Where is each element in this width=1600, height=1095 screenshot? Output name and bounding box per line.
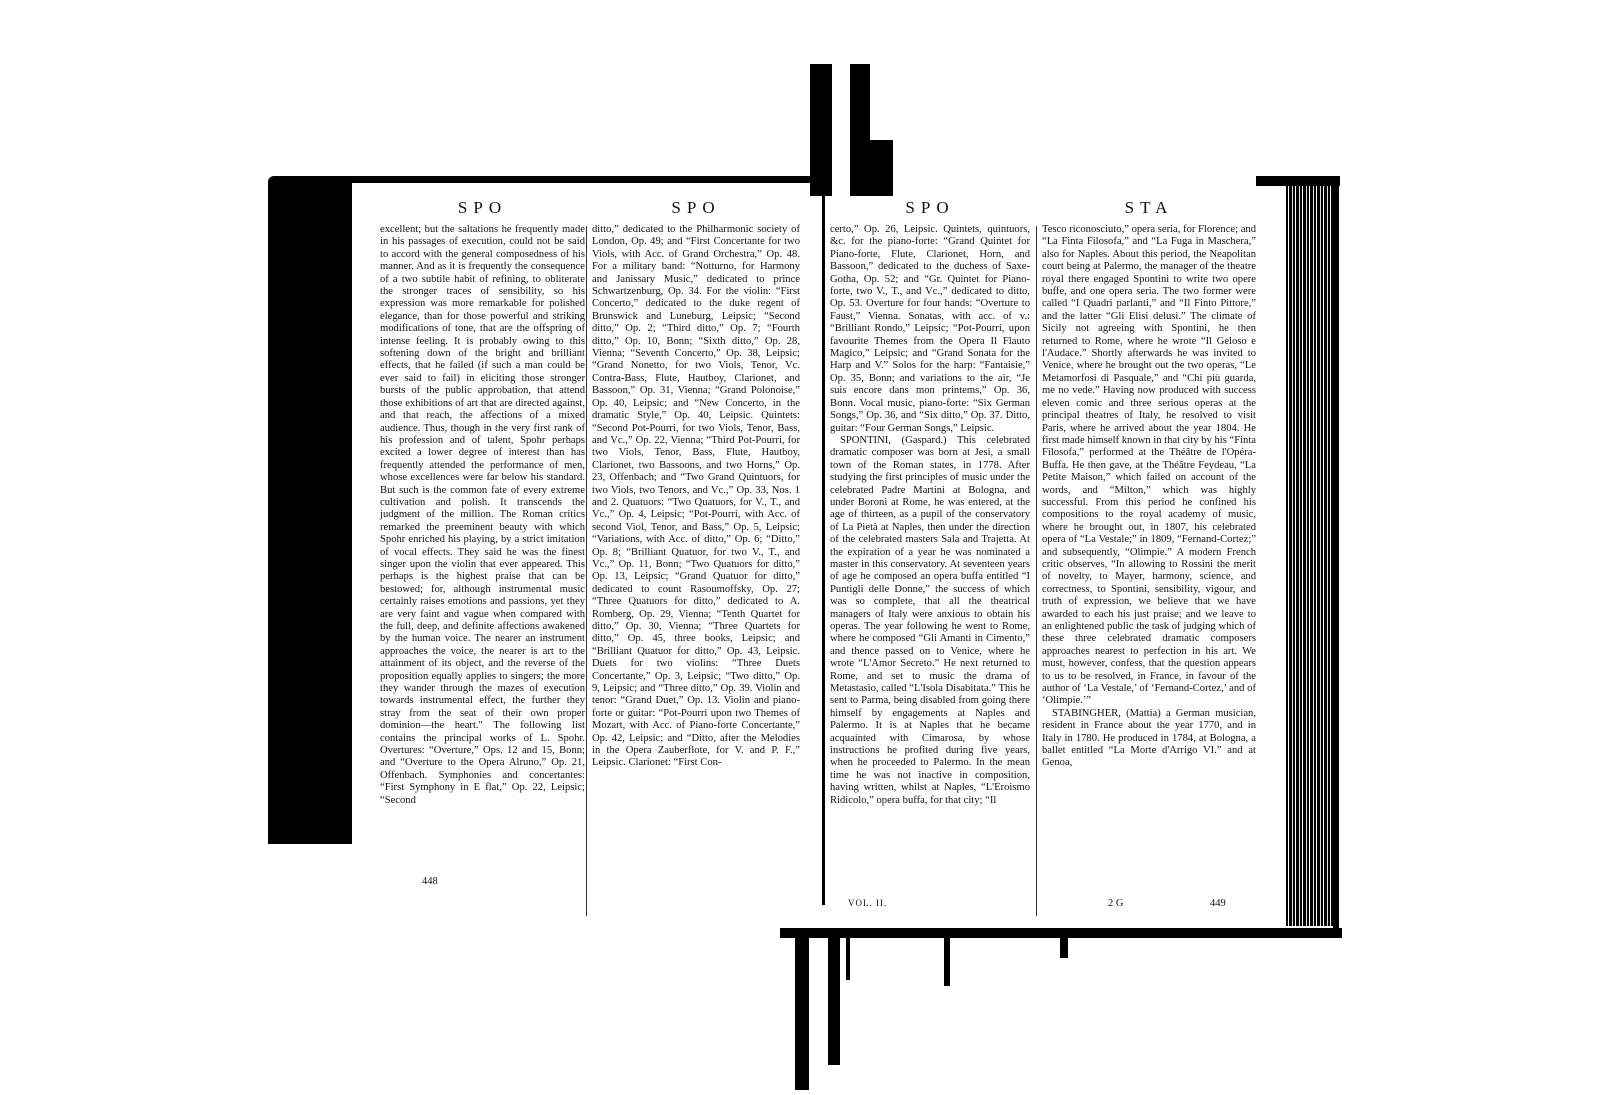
spine-shadow-bottom: [944, 936, 950, 986]
spine-shadow-bottom: [846, 936, 850, 980]
right-page-column-1: SPO certo,” Op. 26, Leipsic. Quintets, q…: [830, 186, 1030, 807]
top-page-edge-left: [352, 176, 812, 183]
column-rule: [1036, 226, 1037, 916]
page-number: 448: [422, 876, 438, 887]
right-page-block-edge: [1286, 186, 1336, 926]
volume-mark: VOL. II.: [848, 898, 887, 908]
running-head: SPO: [592, 186, 800, 216]
spine-shadow-bottom: [1060, 936, 1068, 958]
page-number: 449: [1210, 898, 1226, 909]
left-page-column-1: SPO excellent; but the saltations he fre…: [380, 186, 585, 807]
signature-mark: 2 G: [1108, 898, 1123, 909]
column-text: excellent; but the saltations he frequen…: [380, 224, 585, 807]
entry-spontini: SPONTINI, (Gaspard.) This celebrated dra…: [830, 435, 1030, 807]
running-head: SPO: [380, 186, 585, 216]
right-book-cover-edge: [1333, 186, 1339, 934]
left-page-column-2: SPO ditto,” dedicated to the Philharmoni…: [592, 186, 800, 770]
spine-shadow-bottom: [795, 930, 809, 1090]
column-rule: [586, 226, 587, 916]
left-book-cover-edge: [268, 176, 352, 844]
top-page-edge-right: [1256, 176, 1340, 186]
entry-stabingher: STABINGHER, (Mattia) a German musician, …: [1042, 708, 1256, 770]
gutter-line: [822, 195, 825, 905]
spine-shadow-bottom: [828, 930, 840, 1065]
right-page-column-2: STA Tesco riconosciuto,” opera seria, fo…: [1042, 186, 1256, 770]
spine-shadow-top: [810, 64, 832, 196]
column-text: ditto,” dedicated to the Philharmonic so…: [592, 224, 800, 770]
running-head: STA: [1042, 186, 1256, 216]
running-head: SPO: [830, 186, 1030, 216]
column-text: certo,” Op. 26, Leipsic. Quintets, quint…: [830, 224, 1030, 435]
column-text: Tesco riconosciuto,” opera seria, for Fl…: [1042, 224, 1256, 708]
